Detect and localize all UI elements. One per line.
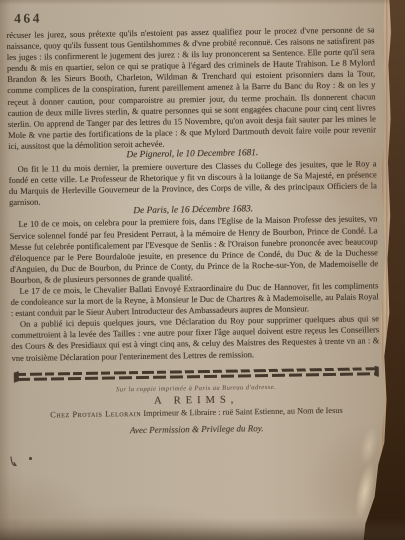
printer-address: Imprimeur & Libraire : ruë Saint Estienn… [141,405,342,417]
printed-page-content: 464 récuser les jurez, sous prétexte qu'… [0,0,405,438]
printer-name: Chez Protais Lelorain [50,409,141,419]
paragraph-royal-declarations: On a publié ici depuis quelques jours, v… [11,313,380,363]
ink-dot [29,457,32,460]
paragraph-pignerol-news: On fit le 11 du mois dernier, la premier… [8,158,377,208]
top-edge-shadow [0,0,405,5]
bottom-edge-shadow [0,518,405,540]
left-edge-shadow [0,0,10,540]
paragraph-trial-news: récuser les jurez, sous prétexte qu'ils … [6,24,376,152]
handwritten-pen-mark [8,455,24,473]
body-text: récuser les jurez, sous prétexte qu'ils … [6,24,379,363]
page-number: 464 [14,5,374,27]
ornament-rule [17,367,376,384]
book-page-photo: 464 récuser les jurez, sous prétexte qu'… [0,0,405,540]
paragraph-memorial-service: Le 10 de ce mois, on celebra pour la pre… [9,214,378,286]
ornament-end-right-icon [375,365,379,376]
colophon: Sur la coppie imprimée à Paris au Bureau… [12,382,381,438]
